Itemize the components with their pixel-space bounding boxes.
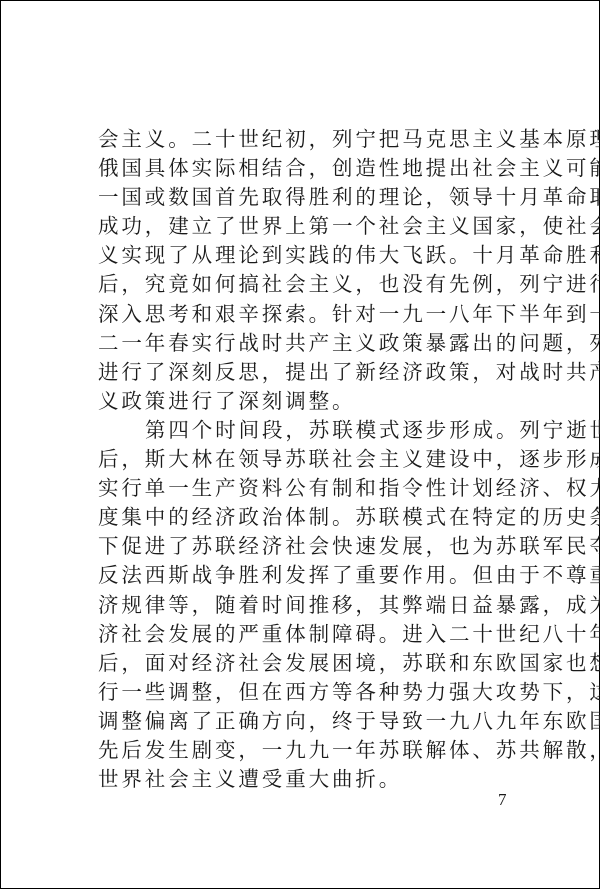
paragraph-1: 会主义。二十世纪初，列宁把马克思主义基本原理同 俄国具体实际相结合，创造性地提出… xyxy=(98,125,528,416)
text-line: 后，斯大林在领导苏联社会主义建设中，逐步形成了 xyxy=(98,445,528,474)
text-line: 济社会发展的严重体制障碍。进入二十世纪八十年代 xyxy=(98,620,528,649)
text-line: 俄国具体实际相结合，创造性地提出社会主义可能在 xyxy=(98,154,528,183)
text-line: 反法西斯战争胜利发挥了重要作用。但由于不尊重经 xyxy=(98,561,528,590)
text-line: 会主义。二十世纪初，列宁把马克思主义基本原理同 xyxy=(98,125,528,154)
text-line: 行一些调整，但在西方等各种势力强大攻势下，这种 xyxy=(98,678,528,707)
text-line: 二一年春实行战时共产主义政策暴露出的问题，列宁 xyxy=(98,329,528,358)
text-line: 义政策进行了深刻调整。 xyxy=(98,387,528,416)
text-line: 世界社会主义遭受重大曲折。 xyxy=(98,765,528,794)
text-line: 下促进了苏联经济社会快速发展，也为苏联军民夺取 xyxy=(98,532,528,561)
text-line: 进行了深刻反思，提出了新经济政策，对战时共产主 xyxy=(98,358,528,387)
text-line: 调整偏离了正确方向，终于导致一九八九年东欧国家 xyxy=(98,707,528,736)
text-line: 度集中的经济政治体制。苏联模式在特定的历史条件 xyxy=(98,503,528,532)
text-line: 深入思考和艰辛探索。针对一九一八年下半年到一九 xyxy=(98,300,528,329)
paragraph-2: 第四个时间段，苏联模式逐步形成。列宁逝世以 后，斯大林在领导苏联社会主义建设中，… xyxy=(98,416,528,794)
book-page: 会主义。二十世纪初，列宁把马克思主义基本原理同 俄国具体实际相结合，创造性地提出… xyxy=(0,0,600,889)
text-line: 一国或数国首先取得胜利的理论，领导十月革命取得 xyxy=(98,183,528,212)
page-number: 7 xyxy=(498,790,507,810)
text-line: 后，究竟如何搞社会主义，也没有先例，列宁进行了 xyxy=(98,270,528,299)
text-line: 先后发生剧变，一九九一年苏联解体、苏共解散，使 xyxy=(98,736,528,765)
text-line: 义实现了从理论到实践的伟大飞跃。十月革命胜利 xyxy=(98,241,528,270)
text-line: 实行单一生产资料公有制和指令性计划经济、权力高 xyxy=(98,474,528,503)
text-line: 成功，建立了世界上第一个社会主义国家，使社会主 xyxy=(98,212,528,241)
text-line-indented: 第四个时间段，苏联模式逐步形成。列宁逝世以 xyxy=(98,416,528,445)
body-text: 会主义。二十世纪初，列宁把马克思主义基本原理同 俄国具体实际相结合，创造性地提出… xyxy=(98,125,528,794)
text-line: 后，面对经济社会发展困境，苏联和东欧国家也想进 xyxy=(98,649,528,678)
text-line: 济规律等，随着时间推移，其弊端日益暴露，成为经 xyxy=(98,591,528,620)
